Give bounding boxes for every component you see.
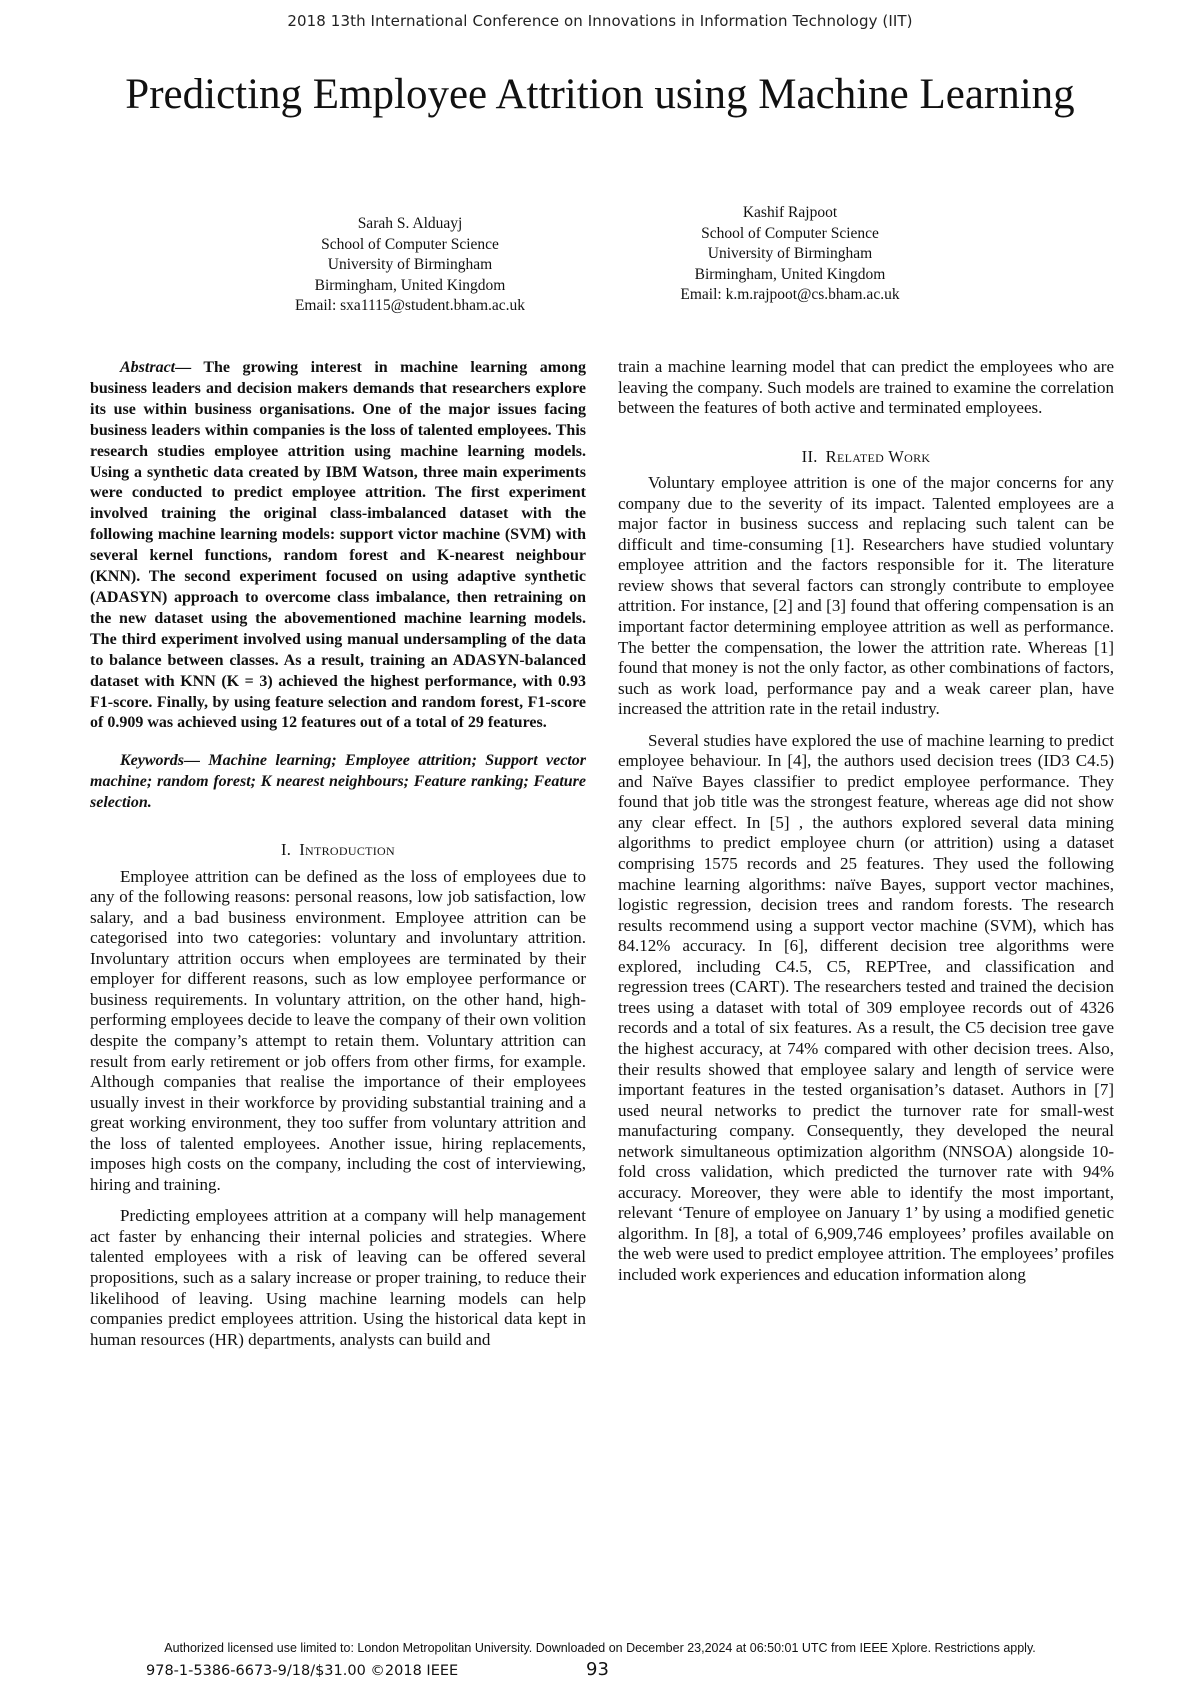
body-paragraph: Voluntary employee attrition is one of t…	[618, 473, 1114, 720]
conference-header: 2018 13th International Conference on In…	[0, 12, 1200, 30]
author-name: Sarah S. Alduayj	[240, 214, 580, 235]
page-number: 93	[586, 1659, 609, 1680]
author-university: University of Birmingham	[620, 244, 960, 265]
section-number: II.	[802, 447, 818, 466]
author-university: University of Birmingham	[240, 255, 580, 276]
keywords-label: Keywords	[120, 752, 184, 769]
section-heading-introduction: I.Introduction	[90, 840, 586, 861]
author-location: Birmingham, United Kingdom	[620, 265, 960, 286]
author-block: Sarah S. Alduayj School of Computer Scie…	[240, 214, 580, 317]
body-paragraph: Employee attrition can be defined as the…	[90, 867, 586, 1196]
author-location: Birmingham, United Kingdom	[240, 276, 580, 297]
body-paragraph: Several studies have explored the use of…	[618, 731, 1114, 1286]
keywords-dash: —	[184, 752, 208, 769]
author-name: Kashif Rajpoot	[620, 203, 960, 224]
section-title: Related Work	[826, 447, 931, 466]
author-block: Kashif Rajpoot School of Computer Scienc…	[620, 203, 960, 306]
body-paragraph: Predicting employees attrition at a comp…	[90, 1206, 586, 1350]
author-school: School of Computer Science	[240, 235, 580, 256]
author-email: Email: sxa1115@student.bham.ac.uk	[240, 296, 580, 317]
authorization-notice: Authorized licensed use limited to: Lond…	[0, 1641, 1200, 1655]
body-paragraph-continued: train a machine learning model that can …	[618, 357, 1114, 419]
author-email: Email: k.m.rajpoot@cs.bham.ac.uk	[620, 285, 960, 306]
abstract-text: The growing interest in machine learning…	[90, 359, 586, 731]
abstract-label: Abstract	[120, 359, 175, 376]
author-school: School of Computer Science	[620, 224, 960, 245]
isbn-copyright: 978-1-5386-6673-9/18/$31.00 ©2018 IEEE	[146, 1663, 458, 1679]
left-column: Abstract— The growing interest in machin…	[90, 358, 586, 1350]
paper-title: Predicting Employee Attrition using Mach…	[100, 68, 1100, 122]
section-heading-related-work: II.Related Work	[618, 447, 1114, 468]
right-column: train a machine learning model that can …	[618, 357, 1114, 1286]
abstract: Abstract— The growing interest in machin…	[90, 358, 586, 734]
section-number: I.	[281, 840, 291, 859]
abstract-dash: —	[175, 359, 203, 376]
keywords: Keywords— Machine learning; Employee att…	[90, 751, 586, 814]
section-title: Introduction	[299, 840, 395, 859]
